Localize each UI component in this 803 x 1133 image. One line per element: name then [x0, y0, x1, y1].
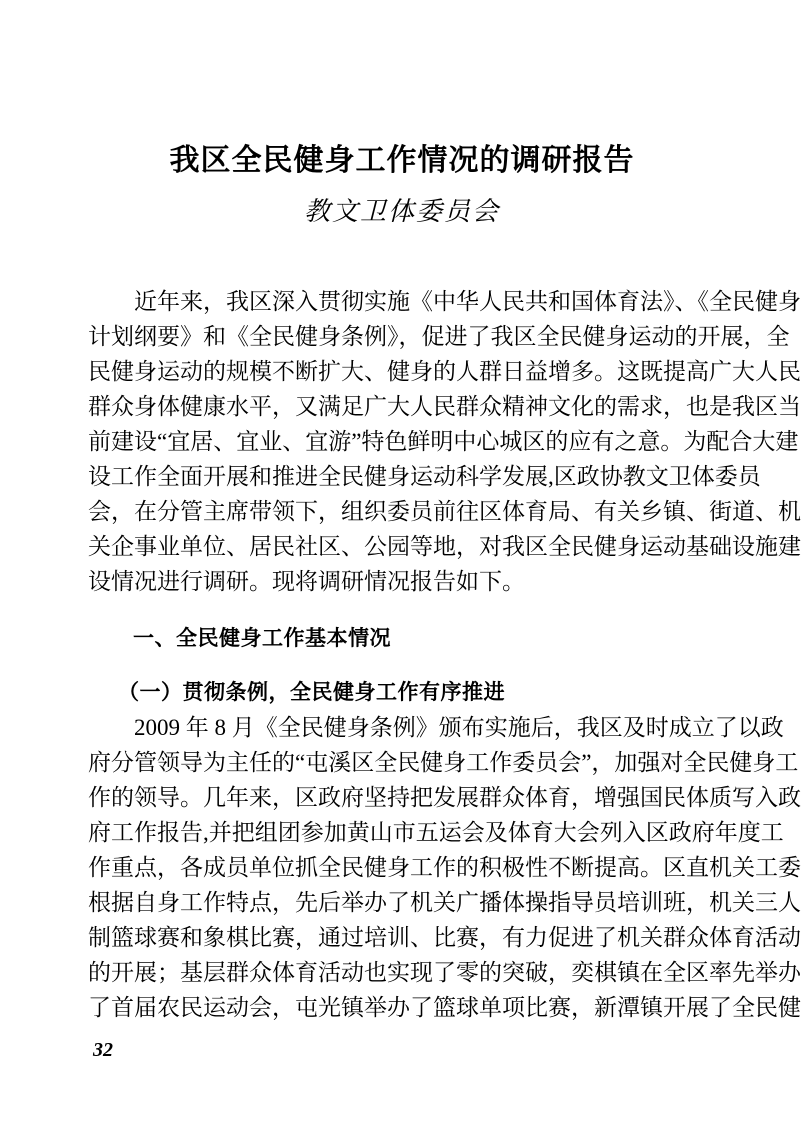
text-line: 了首届农民运动会，屯光镇举办了篮球单项比赛，新潭镇开展了全民健	[88, 990, 716, 1025]
text-line: 府工作报告,并把组团参加黄山市五运会及体育大会列入区政府年度工	[88, 815, 716, 850]
subsection-paragraph: 2009 年 8 月《全民健身条例》颁布实施后，我区及时成立了以政府分管领导为主…	[88, 710, 716, 1025]
document-content: 我区全民健身工作情况的调研报告 教文卫体委员会 近年来，我区深入贯彻实施《中华人…	[88, 143, 716, 1025]
intro-paragraph: 近年来，我区深入贯彻实施《中华人民共和国体育法》、《全民健身计划纲要》和《全民健…	[88, 284, 716, 599]
text-line: 会，在分管主席带领下，组织委员前往区体育局、有关乡镇、街道、机	[88, 494, 716, 529]
document-title: 我区全民健身工作情况的调研报告	[88, 143, 716, 179]
text-line: 府分管领导为主任的“屯溪区全民健身工作委员会”，加强对全民健身工	[88, 745, 716, 780]
text-line: 根据自身工作特点，先后举办了机关广播体操指导员培训班，机关三人	[88, 885, 716, 920]
document-author: 教文卫体委员会	[88, 196, 716, 227]
text-line: 计划纲要》和《全民健身条例》，促进了我区全民健身运动的开展，全	[88, 319, 716, 354]
text-line: 群众身体健康水平，又满足广大人民群众精神文化的需求，也是我区当	[88, 389, 716, 424]
text-line: 民健身运动的规模不断扩大、健身的人群日益增多。这既提高广大人民	[88, 354, 716, 389]
text-line: 关企事业单位、居民社区、公园等地，对我区全民健身运动基础设施建	[88, 529, 716, 564]
document-page: 我区全民健身工作情况的调研报告 教文卫体委员会 近年来，我区深入贯彻实施《中华人…	[0, 0, 803, 1133]
text-line: 设工作全面开展和推进全民健身运动科学发展,区政协教文卫体委员	[88, 459, 716, 494]
text-line: 设情况进行调研。现将调研情况报告如下。	[88, 564, 716, 599]
text-line: 前建设“宜居、宜业、宜游”特色鲜明中心城区的应有之意。为配合大建	[88, 424, 716, 459]
text-line: 的开展；基层群众体育活动也实现了零的突破，奕棋镇在全区率先举办	[88, 955, 716, 990]
text-line: 近年来，我区深入贯彻实施《中华人民共和国体育法》、《全民健身	[88, 284, 716, 319]
text-line: 制篮球赛和象棋比赛，通过培训、比赛，有力促进了机关群众体育活动	[88, 920, 716, 955]
section-heading: 一、全民健身工作基本情况	[88, 621, 716, 656]
text-line: 作的领导。几年来，区政府坚持把发展群众体育，增强国民体质写入政	[88, 780, 716, 815]
text-line: 作重点，各成员单位抓全民健身工作的积极性不断提高。区直机关工委	[88, 850, 716, 885]
text-line: 2009 年 8 月《全民健身条例》颁布实施后，我区及时成立了以政	[88, 710, 716, 745]
subsection-heading: （一）贯彻条例，全民健身工作有序推进	[88, 675, 716, 710]
page-number: 32	[93, 1038, 113, 1062]
